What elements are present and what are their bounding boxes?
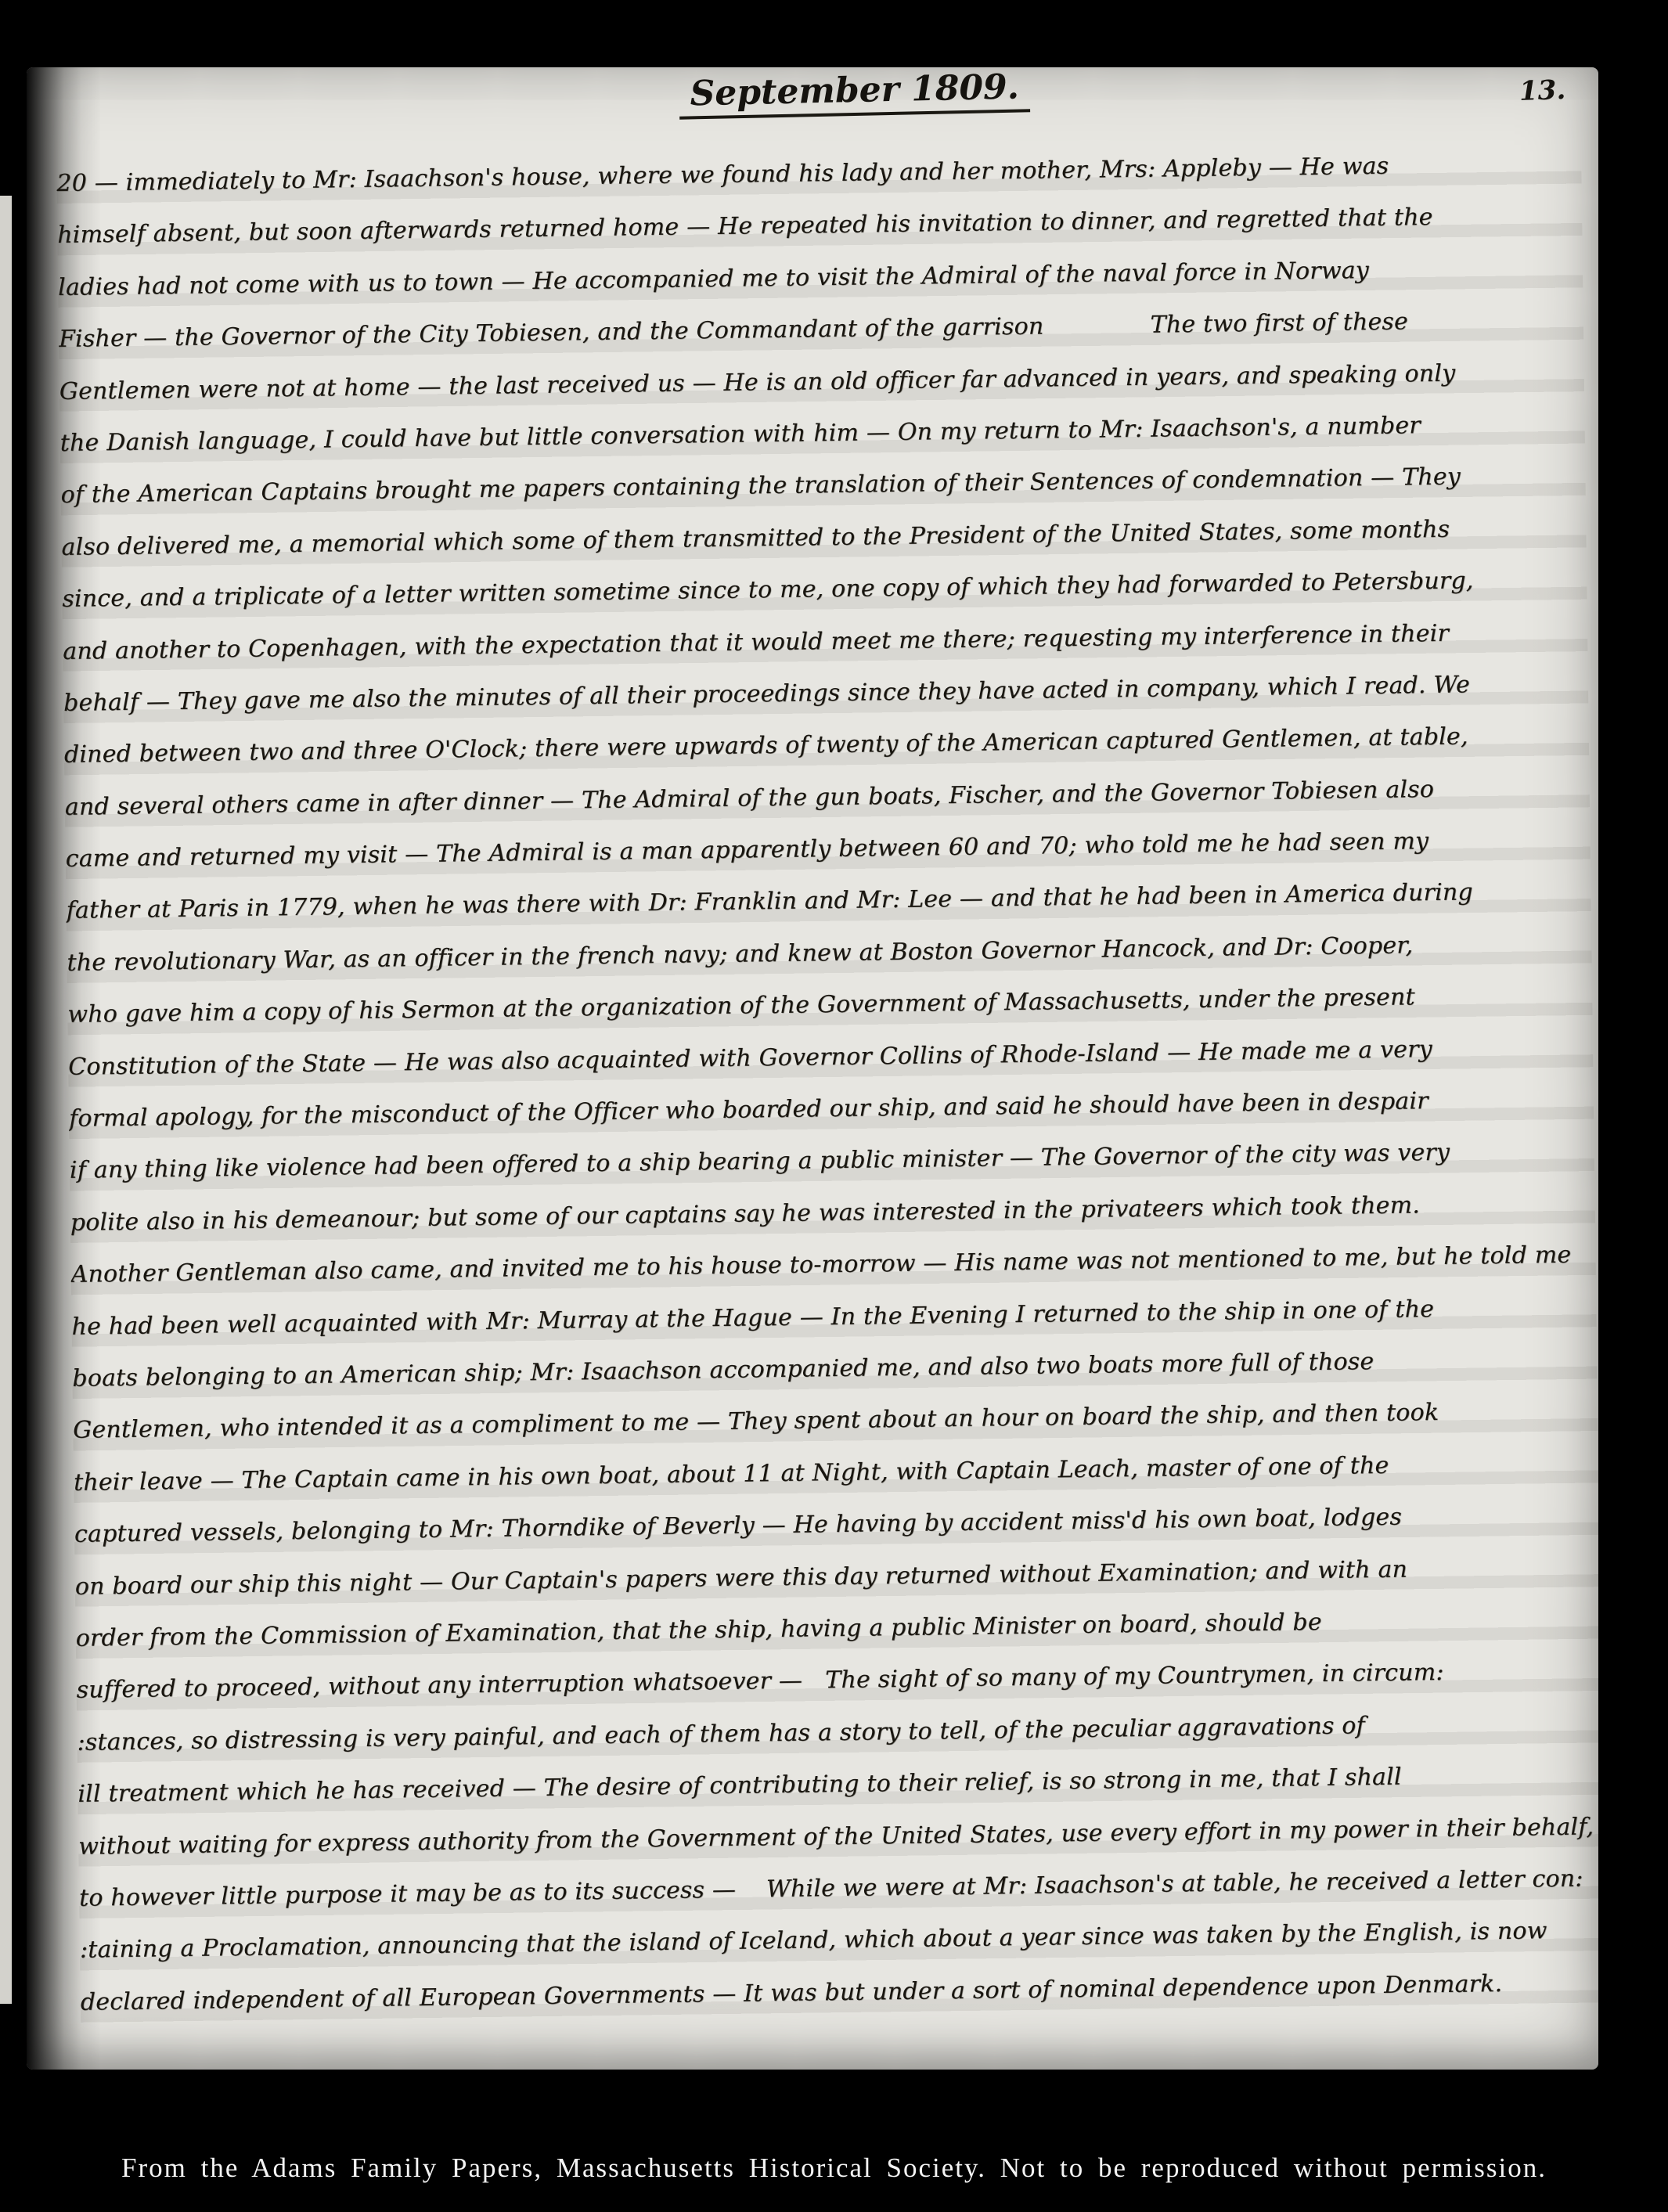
page-edge [0,196,12,2004]
archive-credit: From the Adams Family Papers, Massachuse… [0,2153,1668,2184]
manuscript-text: 20 — immediately to Mr: Isaachson's hous… [56,139,1598,2029]
page-number: 13. [1518,74,1566,107]
manuscript-page: September 1809. 13. 20 — immediately to … [27,67,1598,2070]
scanned-manuscript-photo: September 1809. 13. 20 — immediately to … [0,0,1668,2212]
entry-month-header: September 1809. [679,67,1031,120]
